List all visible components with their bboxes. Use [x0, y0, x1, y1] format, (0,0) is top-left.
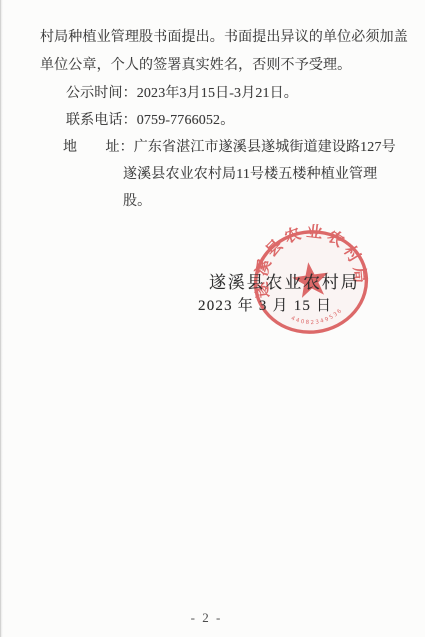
paragraph-line-1: 村局种植业管理股书面提出。书面提出异议的单位必须加盖 — [40, 28, 408, 48]
announcement-period-line: 公示时间：2023年3月15日-3月21日。 — [66, 84, 298, 104]
signature-org-name: 遂溪县农业农村局 — [209, 268, 359, 293]
scan-edge-artifact — [0, 0, 3, 637]
paragraph-line-2: 单位公章，个人的签署真实姓名，否则不予受理。 — [40, 56, 351, 76]
address-line-1: 地 址：广东省湛江市遂溪县遂城街道建设路127号 — [63, 138, 396, 158]
address-line-3: 股。 — [123, 192, 151, 212]
contact-phone-line: 联系电话：0759-7766052。 — [66, 111, 234, 131]
address-line-2: 遂溪县农业农村局11号楼五楼种植业管理 — [123, 165, 377, 185]
document-page: 村局种植业管理股书面提出。书面提出异议的单位必须加盖 单位公章，个人的签署真实姓… — [0, 0, 425, 637]
signature-date: 2023 年 3 月 15 日 — [198, 294, 332, 315]
page-number: - 2 - — [0, 610, 419, 626]
